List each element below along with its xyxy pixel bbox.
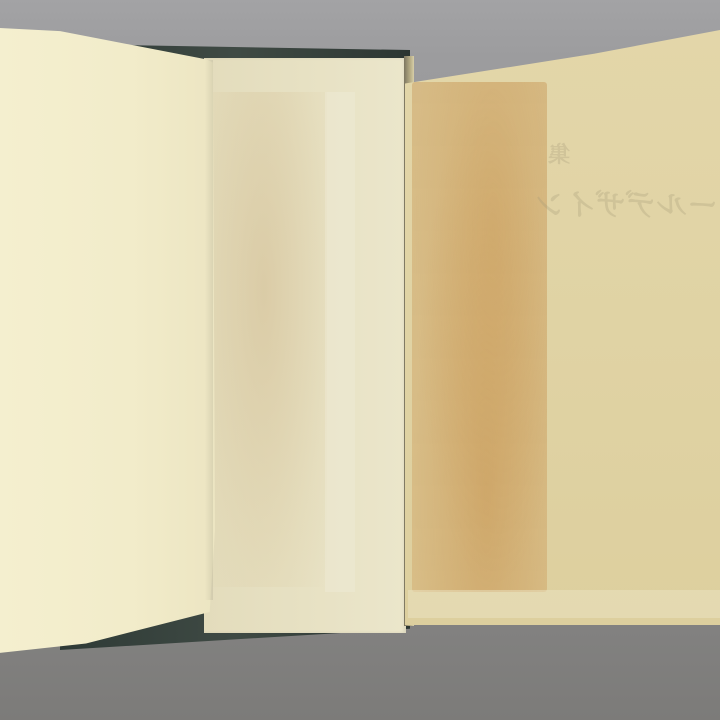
title-page-stain (412, 82, 547, 592)
showthrough-text-1: 集 (548, 138, 570, 169)
endpaper-light-band (325, 92, 355, 592)
endpaper-stain (212, 92, 327, 587)
flyleaf-shadow (205, 60, 213, 600)
title-page-margin (408, 590, 720, 618)
folded-flyleaf (0, 28, 215, 656)
showthrough-text-2: ールデザイン (534, 180, 717, 224)
